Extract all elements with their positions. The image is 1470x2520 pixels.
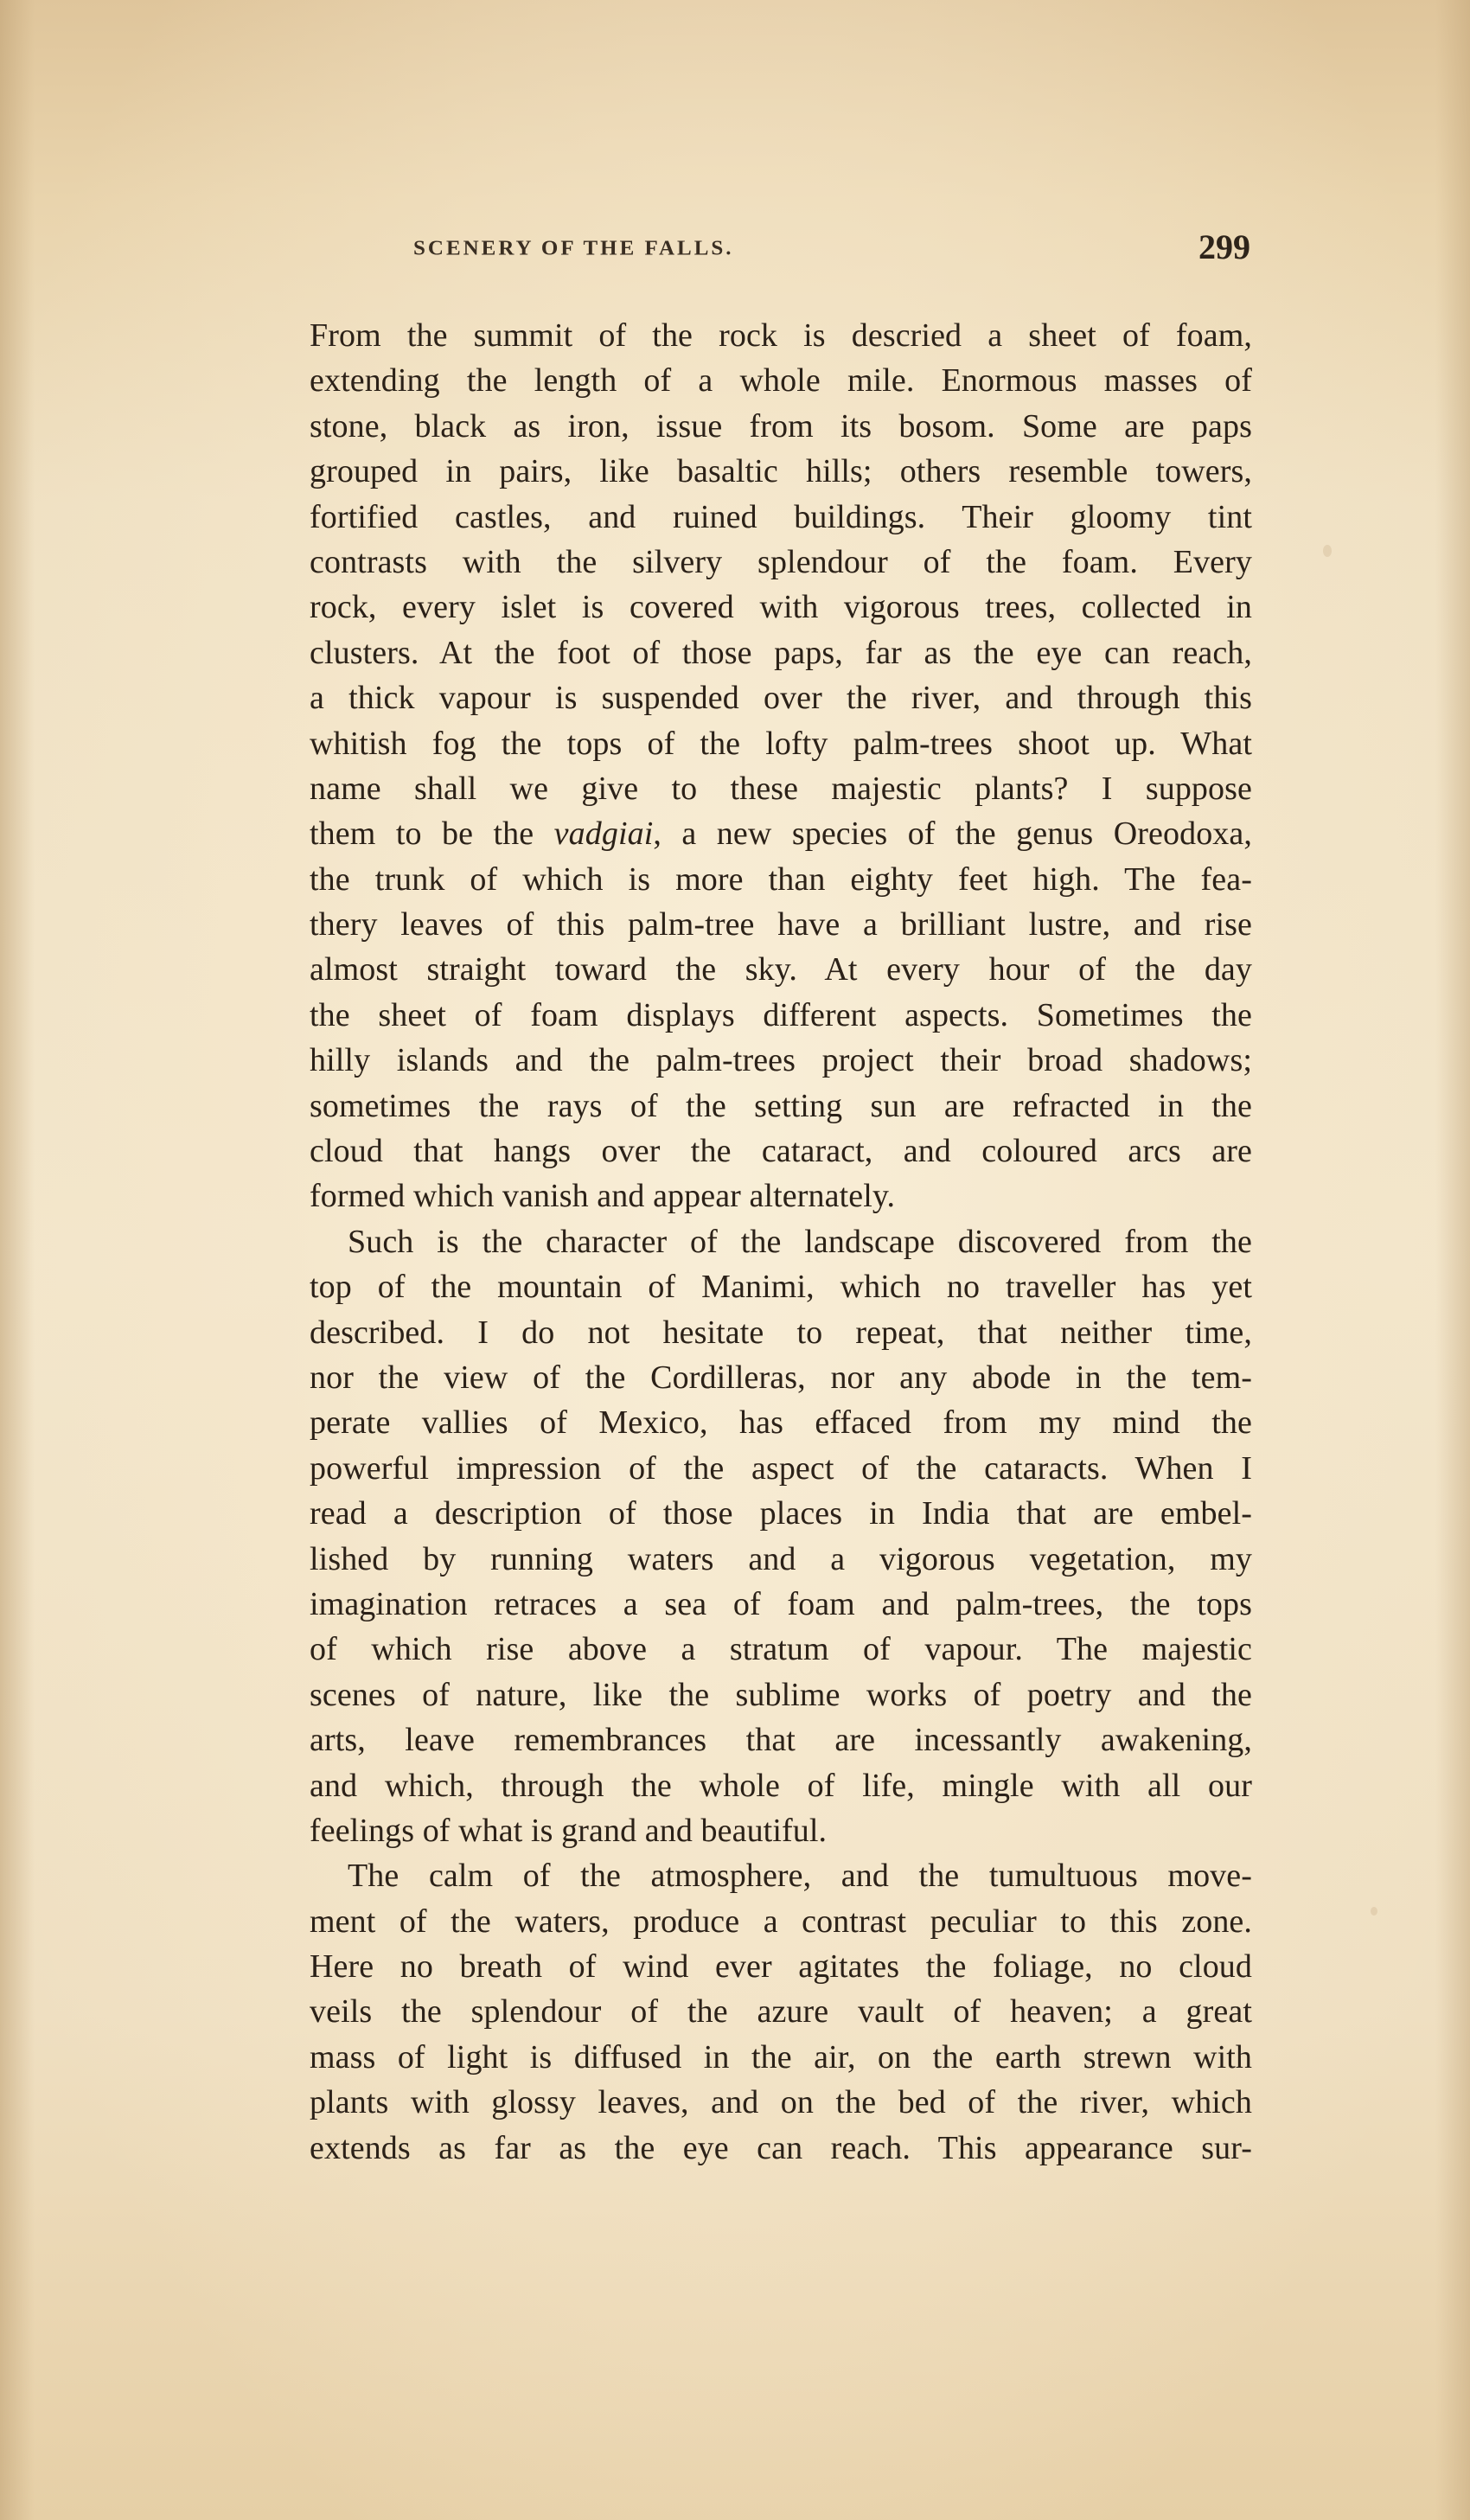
text-line: arts, leave remembrances that are incess… (310, 1717, 1252, 1762)
page-edge-shadow-left (0, 0, 35, 2520)
running-head: SCENERY OF THE FALLS. 299 (310, 227, 1250, 270)
text-line: feelings of what is grand and beautiful. (310, 1808, 1252, 1853)
body-text: From the summit of the rock is descried … (310, 313, 1252, 2171)
text-line: powerful impression of the aspect of the… (310, 1446, 1252, 1491)
text-line: lished by running waters and a vigorous … (310, 1537, 1252, 1582)
text-line: of which rise above a stratum of vapour.… (310, 1627, 1252, 1672)
italic-term: vadgiai (554, 815, 654, 852)
text-line: Such is the character of the landscape d… (310, 1219, 1252, 1264)
text-line: and which, through the whole of life, mi… (310, 1763, 1252, 1808)
text-line: grouped in pairs, like basaltic hills; o… (310, 449, 1252, 494)
text-line: them to be the vadgiai, a new species of… (310, 811, 1252, 856)
text-line: extends as far as the eye can reach. Thi… (310, 2126, 1252, 2171)
text-line: perate vallies of Mexico, has effaced fr… (310, 1400, 1252, 1445)
text-line: the trunk of which is more than eighty f… (310, 857, 1252, 902)
text-line: mass of light is diffused in the air, on… (310, 2035, 1252, 2080)
paragraph-2: Such is the character of the landscape d… (310, 1219, 1252, 1853)
paragraph-3: The calm of the atmosphere, and the tumu… (310, 1853, 1252, 2171)
text-line: imagination retraces a sea of foam and p… (310, 1582, 1252, 1627)
running-title: SCENERY OF THE FALLS. (413, 238, 734, 261)
text-line: contrasts with the silvery splendour of … (310, 540, 1252, 585)
text-line: stone, black as iron, issue from its bos… (310, 404, 1252, 449)
page-edge-shadow-right (1435, 0, 1470, 2520)
text-line: read a description of those places in In… (310, 1491, 1252, 1536)
text-line: From the summit of the rock is descried … (310, 313, 1252, 358)
page-number: 299 (1198, 227, 1250, 267)
text-line: Here no breath of wind ever agitates the… (310, 1944, 1252, 1989)
paper-stain (1371, 1907, 1377, 1916)
text-line: rock, every islet is covered with vigoro… (310, 585, 1252, 630)
text-line: clusters. At the foot of those paps, far… (310, 630, 1252, 675)
text-line: described. I do not hesitate to repeat, … (310, 1310, 1252, 1355)
text-line: fortified castles, and ruined buildings.… (310, 495, 1252, 540)
text-line: ment of the waters, produce a contrast p… (310, 1899, 1252, 1944)
text-line: The calm of the atmosphere, and the tumu… (310, 1853, 1252, 1898)
text-line: almost straight toward the sky. At every… (310, 947, 1252, 992)
paragraph-1: From the summit of the rock is descried … (310, 313, 1252, 1219)
text-line: whitish fog the tops of the lofty palm-t… (310, 721, 1252, 766)
text-line: the sheet of foam displays different asp… (310, 993, 1252, 1038)
text-line: extending the length of a whole mile. En… (310, 358, 1252, 403)
text-line: nor the view of the Cordilleras, nor any… (310, 1355, 1252, 1400)
text-line: thery leaves of this palm-tree have a br… (310, 902, 1252, 947)
text-line: name shall we give to these majestic pla… (310, 766, 1252, 811)
text-line: formed which vanish and appear alternate… (310, 1174, 1252, 1218)
text-line: hilly islands and the palm-trees project… (310, 1038, 1252, 1083)
text-line: scenes of nature, like the sublime works… (310, 1673, 1252, 1717)
text-line: veils the splendour of the azure vault o… (310, 1989, 1252, 2034)
text-line: top of the mountain of Manimi, which no … (310, 1264, 1252, 1309)
paper-stain (1323, 545, 1332, 557)
text-line: plants with glossy leaves, and on the be… (310, 2080, 1252, 2125)
text-line: cloud that hangs over the cataract, and … (310, 1129, 1252, 1174)
text-line: a thick vapour is suspended over the riv… (310, 675, 1252, 720)
text-line: sometimes the rays of the setting sun ar… (310, 1084, 1252, 1129)
